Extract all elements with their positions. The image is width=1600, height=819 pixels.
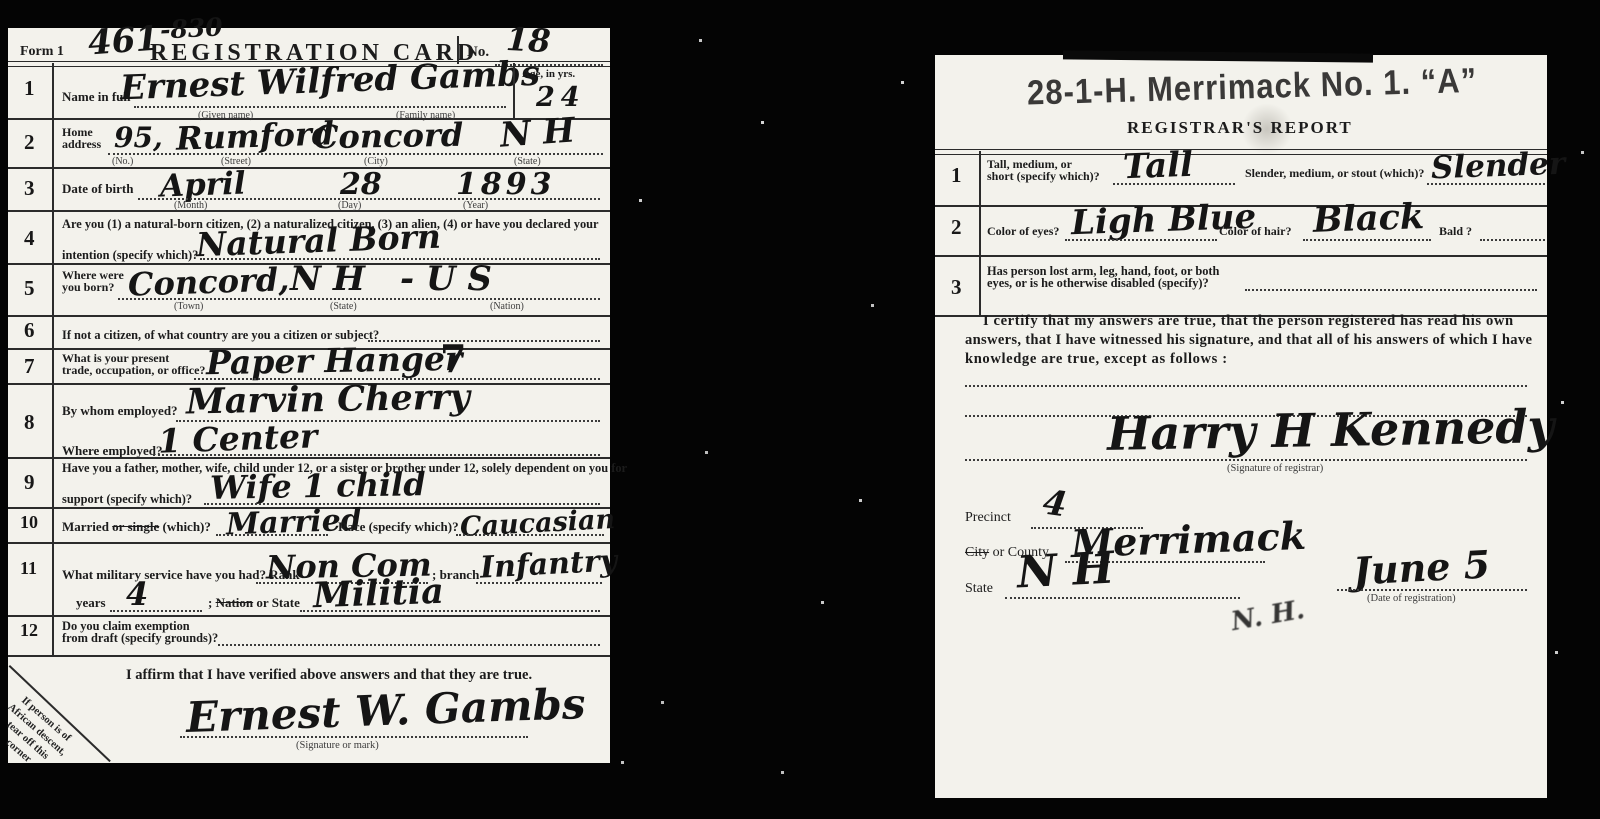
q2-answer-no: 95, [114,124,163,152]
r3-label-2: eyes, or is he otherwise disabled (speci… [987,277,1209,291]
r2-label-eyes: Color of eyes? [987,225,1059,238]
q2-line [108,153,603,155]
precinct-label: Precinct [965,510,1011,525]
q10-line-1 [216,534,328,536]
number-column-rule [52,63,54,655]
q7-label-2: trade, occupation, or office? [62,364,205,377]
signature-line [180,736,528,738]
q11-line-militia [300,610,600,612]
q3-answer-day: 28 [340,170,382,200]
state-label: State [965,581,993,596]
r3-line [1245,289,1537,291]
row-rule [8,210,610,212]
registration-card: Form 1 461 -830 REGISTRATION CARD No. 18… [8,28,610,763]
q10-label-1: Married or single (which)? [62,520,211,534]
state-value: N H [1016,546,1115,595]
registration-date-value: June 5 [1352,545,1491,590]
r2-number: 2 [951,215,962,240]
q10-label-pre: Married [62,519,112,534]
number-column-rule [979,151,981,315]
registration-date-line [1337,589,1527,591]
q9-number: 9 [24,470,35,495]
r2-line-hair [1303,239,1431,241]
precinct-stamp: 28-1-H. Merrimack No. 1. “A” [1027,61,1478,114]
q2-sub-city: (City) [364,156,388,167]
r2-line-eyes [1065,239,1217,241]
q11-label-nation-pre: ; [208,595,216,610]
q7-answer: Paper Hanger [206,342,463,379]
q12-line [218,644,600,646]
q2-answer-street: Rumford [175,117,334,154]
q10-label-struck: or single [112,519,159,534]
q1-line [134,106,506,108]
q8-line-2 [153,454,600,456]
signature-sub-label: (Signature or mark) [296,740,379,751]
q9-question-line2: support (specify which)? [62,493,192,507]
registrar-signature-sub: (Signature of registrar) [1227,463,1323,474]
q12-label-2: from draft (specify grounds)? [62,632,218,646]
r2-label-hair: Color of hair? [1219,225,1291,238]
q3-sub-year: (Year) [463,200,488,211]
q11-label-nation-struck: Nation [216,595,254,610]
certify-line-3: knowledge are true, except as follows : [965,351,1228,367]
no-value: 18 [505,23,551,57]
q2-label-2: address [62,138,101,151]
q4-answer: Natural Born [195,220,441,262]
r1-line-2 [1427,183,1545,185]
q8-label-2: Where employed? [62,444,163,458]
q5-sub-nation: (Nation) [490,301,524,312]
r1-answer-build: Slender [1431,149,1566,185]
q10-number: 10 [20,512,38,533]
q5-line [118,298,600,300]
dust-specks [0,0,1,1]
scan-artifact-band [1063,50,1373,62]
q5-sub-state: (State) [330,301,357,312]
certify-line-1: I certify that my answers are true, that… [983,313,1514,329]
q11-label-years: years [76,596,106,610]
registrar-signature-line [965,459,1527,461]
exception-line-1 [965,385,1527,387]
q3-number: 3 [24,176,35,201]
row-rule [8,655,610,657]
q8-answer-where: 1 Center [157,419,317,458]
q5-answer-nation: - U S [400,262,492,296]
q10-label-2: Race (specify which)? [338,520,459,534]
affirmation-text: I affirm that I have verified above answ… [126,668,532,684]
row-rule [8,542,610,544]
r2-answer-hair: Black [1312,199,1424,238]
q2-sub-no: (No.) [112,156,133,167]
q6-number: 6 [24,318,35,343]
q10-line-2 [456,534,604,536]
q11-label-nation-post: or State [253,595,300,610]
q2-answer-city: Concord [313,119,464,154]
q8-answer-employer: Marvin Cherry [186,380,470,420]
q1-number: 1 [24,76,35,101]
certify-line-2: answers, that I have witnessed his signa… [965,332,1532,348]
r2-line-bald [1480,239,1545,241]
q9-line [204,503,600,505]
registrars-report-card: 28-1-H. Merrimack No. 1. “A” REGISTRAR'S… [935,55,1547,798]
r1-number: 1 [951,163,962,188]
q2-answer-state: N H [499,113,576,152]
q11-number: 11 [20,558,37,579]
q12-number: 12 [20,620,38,641]
precinct-value: 4 [1041,486,1069,523]
r1-line-1 [1113,183,1235,185]
serial-suffix-handwritten: -830 [159,14,223,42]
q5-number: 5 [24,276,35,301]
registrar-signature: Harry H Kennedy [1107,403,1555,457]
q3-sub-day: (Day) [338,200,361,211]
q5-answer-state: N H [290,262,365,296]
registrant-signature: Ernest W. Gambs [185,683,586,739]
row-rule [8,315,610,317]
r3-number: 3 [951,275,962,300]
q9-answer: Wife 1 child [210,468,426,504]
row-rule [8,615,610,617]
city-label-struck: City [965,545,989,560]
registration-date-sub: (Date of registration) [1367,593,1456,604]
q11-answer-militia: Militia [312,574,444,614]
q4-number: 4 [24,226,35,251]
state-line [1005,597,1240,599]
r1-label-2: short (specify which)? [987,170,1100,183]
q11-answer-years: 4 [126,578,148,610]
form-number-label: Form 1 [20,44,64,59]
age-column-rule [513,63,515,118]
q8-number: 8 [24,410,35,435]
report-title: REGISTRAR'S REPORT [1127,119,1353,138]
q11-line-years [110,610,202,612]
q5-answer-town: Concord, [127,263,289,301]
q11-label-1: What military service have you had? Rank [62,568,300,582]
q2-sub-state: (State) [514,156,541,167]
q11-line-branch [476,582,602,584]
r1-label-3: Slender, medium, or stout (which)? [1245,167,1424,180]
q10-label-post: (which)? [159,519,211,534]
q3-sub-month: (Month) [174,200,207,211]
q3-answer-year: 1893 [456,170,556,200]
q8-label-1: By whom employed? [62,404,178,418]
r1-answer-height: Tall [1122,148,1193,184]
r2-label-bald: Bald ? [1439,225,1472,238]
q5-label-2: you born? [62,281,114,294]
q11-answer-branch: Infantry [479,546,617,583]
age-value: 24 [536,84,586,111]
q2-number: 2 [24,130,35,155]
q5-sub-town: (Town) [174,301,203,312]
q3-label: Date of birth [62,182,134,196]
q7-number: 7 [24,354,35,379]
scanned-document-page: Form 1 461 -830 REGISTRATION CARD No. 18… [0,0,1600,819]
q11-label-nation: ; Nation or State [208,596,300,610]
q7-answer-extra: 7 [440,340,466,378]
row-rule [935,255,1547,257]
q4-question-line2: intention (specify which)? [62,249,198,263]
stray-mark: N. H. [1229,597,1306,635]
age-label: Age, in yrs. [522,68,575,80]
